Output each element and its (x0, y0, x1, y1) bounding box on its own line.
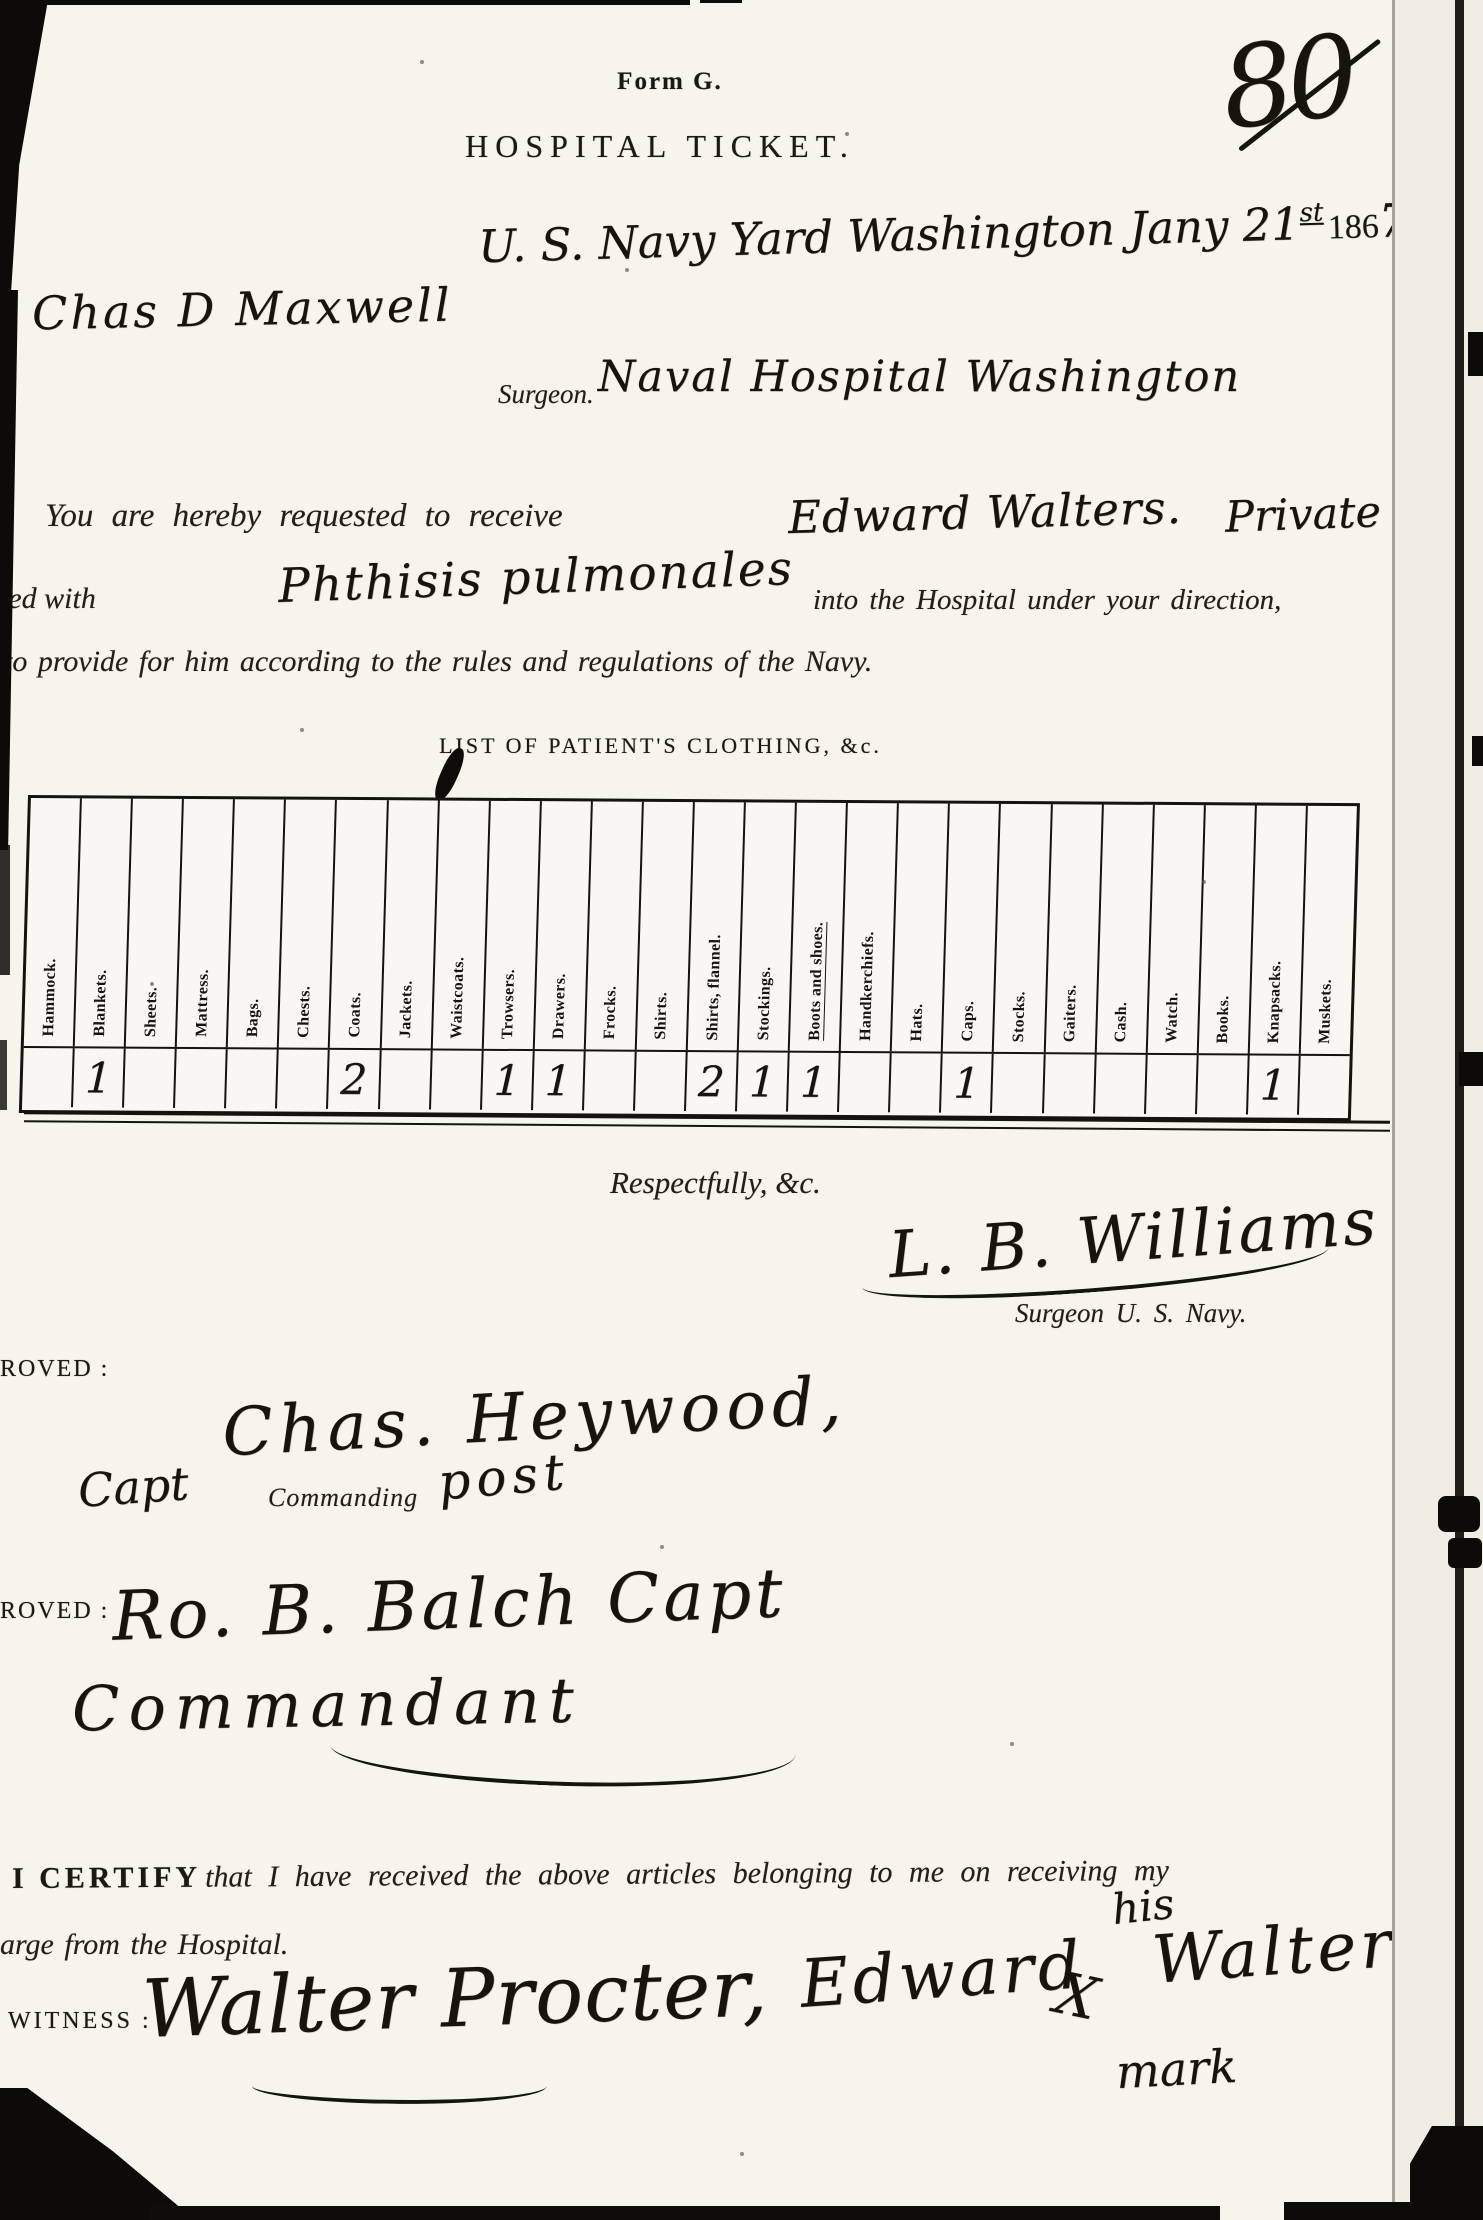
clothing-table: Hammock.Blankets.Sheets.Mattress.Bags.Ch… (19, 795, 1360, 1121)
clothing-column: Chests. (277, 800, 335, 1048)
clothing-column-label: Waistcoats. (448, 956, 468, 1038)
clothing-column-label: Sheets. (142, 986, 161, 1036)
recipient-first-name: Edward (798, 1926, 1087, 2023)
witness-signature-underline (252, 2079, 547, 2106)
clothing-column: Handkerchiefs. (839, 803, 897, 1051)
paper-speck (845, 132, 849, 136)
patient-rank: Private (1224, 487, 1382, 542)
approver1-rank: Capt (76, 1456, 190, 1518)
clothing-column: Drawers. (533, 801, 591, 1049)
paper-speck (420, 60, 424, 64)
closing-printed: Respectfully, &c. (610, 1165, 821, 1201)
clothing-value-cell (633, 1052, 686, 1111)
clothing-column: Cash. (1094, 805, 1152, 1053)
clothing-value-cell (888, 1053, 941, 1112)
page-title: HOSPITAL TICKET. (420, 128, 900, 165)
afflicted-prefix-cut: ted with (0, 582, 96, 616)
paper-speck (1010, 1742, 1014, 1746)
clothing-value-cell (1144, 1055, 1197, 1114)
clothing-header-row: Hammock.Blankets.Sheets.Mattress.Bags.Ch… (24, 798, 1357, 1056)
clothing-column-label: Bags. (244, 998, 263, 1037)
clothing-column-label: Trowsers. (499, 969, 519, 1039)
clothing-value-row: 121121111 (22, 1048, 1350, 1115)
clothing-column: Trowsers. (481, 801, 539, 1049)
clothing-column: Sheets. (124, 799, 182, 1047)
scan-edge-left-low-2 (0, 1040, 7, 1110)
paper-speck (150, 982, 154, 986)
clothing-column: Frocks. (584, 801, 642, 1049)
clothing-value-cell (429, 1050, 482, 1109)
clothing-column: Coats. (328, 800, 386, 1048)
clothing-column-label: Hammock. (40, 958, 60, 1036)
clothing-value-cell (122, 1049, 175, 1108)
clothing-column: Stocks. (992, 804, 1050, 1052)
dateline: U. S. Navy Yard Washington Jany 21st 186… (477, 193, 1423, 273)
clothing-column: Shirts, flannel. (686, 802, 744, 1050)
clothing-column: Stockings. (737, 802, 795, 1050)
addressee-station: Naval Hospital Washington (598, 352, 1241, 402)
scan-edge-bottom-left-wedge (0, 2088, 195, 2220)
clothing-value: 1 (544, 1060, 572, 1102)
clothing-column: Caps. (941, 804, 999, 1052)
clothing-value: 2 (340, 1058, 368, 1100)
clothing-value-cell: 1 (71, 1048, 124, 1107)
scan-right-blob-3 (1459, 1052, 1483, 1086)
approver2-flourish (329, 1732, 795, 1796)
provision-printed: to provide for him according to the rule… (4, 645, 872, 679)
certify-body-cut: arge from the Hospital. (0, 1928, 288, 1962)
dateline-superscript: st (1299, 198, 1324, 229)
approver1-printed-word: Commanding (268, 1483, 418, 1513)
scan-edge-left-low (0, 845, 10, 975)
clothing-column-label: Knapsacks. (1265, 961, 1285, 1044)
clothing-column-label: Coats. (346, 992, 365, 1038)
scan-edge-left-mid (0, 290, 18, 850)
clothing-value-cell (173, 1049, 226, 1108)
paper-speck (740, 2152, 744, 2156)
clothing-value-cell: 1 (786, 1053, 839, 1112)
approver2-signature: Ro. B. Balch Capt (111, 1554, 788, 1656)
patient-name: Edward Walters. (787, 481, 1182, 544)
scan-edge-top-line (0, 0, 690, 5)
clothing-column-label: Shirts, flannel. (704, 934, 725, 1041)
clothing-value-cell (837, 1053, 890, 1112)
clothing-value-cell: 1 (531, 1051, 584, 1110)
clothing-value-cell (22, 1048, 73, 1107)
clothing-value-cell (990, 1054, 1043, 1113)
addressee-title-printed: Surgeon. (498, 379, 594, 409)
clothing-value-cell: 2 (326, 1050, 379, 1109)
clothing-value: 1 (749, 1061, 777, 1103)
clothing-column: Knapsacks. (1248, 805, 1306, 1053)
witness-label: WITNESS : (8, 2008, 152, 2035)
clothing-column-label: Gaiters. (1061, 984, 1081, 1042)
clothing-column-label: Caps. (959, 1001, 978, 1042)
clothing-column-label: Books. (1214, 995, 1233, 1043)
scan-bottom-band (150, 2206, 1220, 2220)
clothing-column-label: Jackets. (397, 980, 417, 1038)
approver1-suffix: post (436, 1442, 572, 1511)
certify-lead: I CERTIFY (12, 1861, 201, 1895)
clothing-column: Jackets. (379, 800, 437, 1048)
clothing-value-cell: 1 (939, 1054, 992, 1113)
clothing-value: 1 (953, 1062, 981, 1104)
clothing-column: Waistcoats. (430, 801, 488, 1049)
addressee-name: Chas D Maxwell (31, 278, 453, 341)
clothing-column: Bags. (226, 799, 284, 1047)
clothing-column-label: Boots and shoes. (806, 922, 827, 1041)
scan-right-blob-1 (1438, 1496, 1480, 1532)
clothing-column-label: Frocks. (601, 986, 621, 1040)
clothing-value: 1 (493, 1059, 521, 1101)
approved-label-2: ROVED : (0, 1598, 109, 1625)
clothing-value-cell: 1 (480, 1051, 533, 1110)
clothing-value-cell (1042, 1054, 1095, 1113)
clothing-value: 2 (697, 1061, 725, 1103)
paper-speck (300, 728, 304, 732)
clothing-column: Gaiters. (1043, 804, 1101, 1052)
clothing-table-title: LIST OF PATIENT'S CLOTHING, &c. (388, 733, 933, 759)
clothing-value: 1 (85, 1057, 113, 1099)
approver2-line2: Commandant (71, 1664, 583, 1746)
clothing-value: 1 (1259, 1064, 1287, 1106)
clothing-value-cell: 1 (735, 1052, 788, 1111)
dateline-place-date: U. S. Navy Yard Washington Jany 21 (477, 197, 1300, 273)
clothing-value-cell: 2 (684, 1052, 737, 1111)
clothing-column: Shirts. (635, 802, 693, 1050)
addressee-title-line: Surgeon. Naval Hospital Washington (498, 352, 1241, 410)
clothing-column-label: Stockings. (755, 967, 775, 1041)
surgeon-signature-title: Surgeon U. S. Navy. (1015, 1298, 1246, 1329)
scan-right-blob-2 (1448, 1538, 1482, 1568)
clothing-value-cell (275, 1050, 328, 1109)
scan-right-edge-line (1455, 0, 1464, 2220)
scan-right-blob-5 (1472, 736, 1483, 766)
scan-right-blob-4 (1468, 332, 1483, 376)
clothing-column-label: Watch. (1163, 992, 1182, 1043)
clothing-column: Muskets. (1299, 806, 1357, 1054)
paper-speck (660, 1545, 664, 1549)
clothing-column: Watch. (1145, 805, 1203, 1053)
certify-body: that I have received the above articles … (205, 1854, 1169, 1894)
clothing-column-label: Chests. (295, 986, 315, 1038)
request-lead: You are hereby requested to receive (45, 498, 563, 535)
paper-speck (625, 268, 629, 272)
clothing-column: Hammock. (24, 798, 80, 1046)
clothing-value-cell (1195, 1055, 1248, 1114)
clothing-column-label: Blankets. (91, 969, 111, 1036)
clothing-column-label: Mattress. (193, 969, 213, 1037)
clothing-column-label: Muskets. (1317, 979, 1337, 1044)
clothing-value-cell (1297, 1056, 1350, 1115)
recipient-mark-word: mark (1115, 2039, 1239, 2099)
diagnosis: Phthisis pulmonales (277, 541, 794, 614)
certify-line: I CERTIFY that I have received the above… (12, 1854, 1169, 1896)
form-label: Form G. (560, 68, 780, 96)
clothing-value-cell (378, 1050, 431, 1109)
scan-right-crease (1392, 0, 1395, 2220)
clothing-column: Boots and shoes. (788, 803, 846, 1051)
clothing-column: Hats. (890, 803, 948, 1051)
clothing-column-label: Stocks. (1010, 991, 1029, 1042)
clothing-column-label: Shirts. (653, 992, 672, 1040)
approved-label-1: ROVED : (0, 1356, 109, 1383)
scan-edge-top-line-2 (700, 0, 742, 3)
paper-speck (1202, 880, 1206, 884)
clothing-column: Blankets. (73, 798, 131, 1046)
ticket-number: 80 (1215, 11, 1360, 156)
clothing-value: 1 (800, 1061, 828, 1103)
clothing-value-cell (1093, 1055, 1146, 1114)
direction-printed: into the Hospital under your direction, (813, 584, 1281, 617)
dateline-year-printed: 186 (1327, 208, 1379, 246)
clothing-value-cell: 1 (1246, 1055, 1299, 1114)
scan-edge-left-top (0, 0, 48, 300)
clothing-column-label: Hats. (908, 1003, 927, 1041)
clothing-column: Books. (1197, 805, 1255, 1053)
clothing-value-cell (224, 1049, 277, 1108)
scan-bottom-right-bar (1284, 2202, 1483, 2220)
clothing-column-label: Handkerchiefs. (857, 931, 878, 1041)
clothing-column-label: Cash. (1112, 1002, 1131, 1043)
clothing-value-cell (582, 1051, 635, 1110)
clothing-column: Mattress. (175, 799, 233, 1047)
hospital-ticket-document: Form G. HOSPITAL TICKET. 80 U. S. Navy Y… (0, 0, 1483, 2220)
clothing-column-label: Drawers. (550, 973, 570, 1039)
